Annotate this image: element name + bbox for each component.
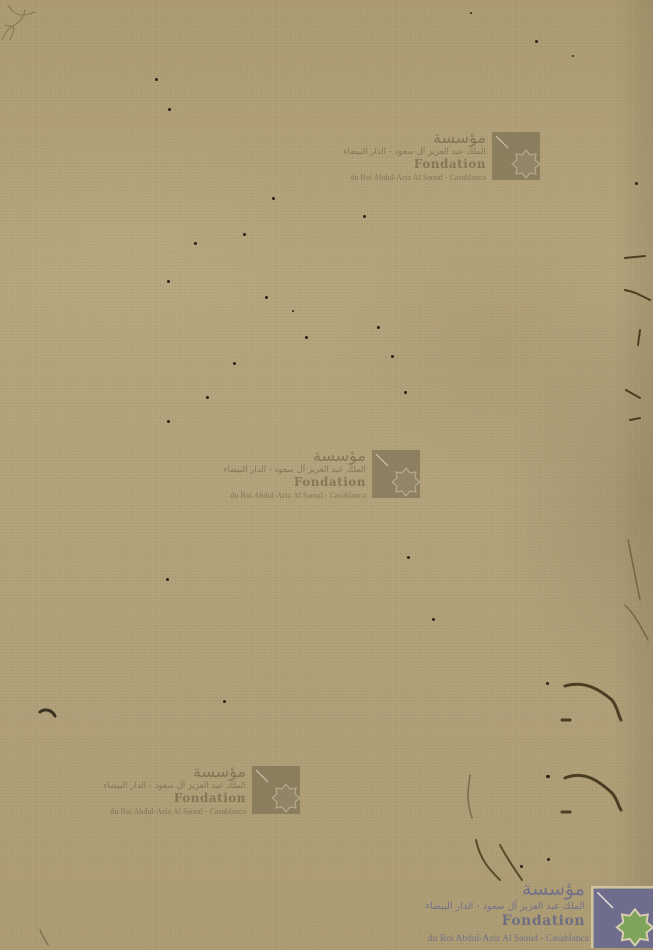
foundation-logo-star-icon bbox=[591, 884, 653, 950]
paper-speck bbox=[206, 396, 209, 399]
watermark-french-title: Fondation bbox=[174, 791, 246, 805]
paper-speck bbox=[432, 618, 435, 621]
paper-speck bbox=[272, 197, 275, 200]
paper-speck bbox=[223, 700, 226, 703]
scanned-page: مؤسسة الملك عبد العزيز آل سعود - الدار ا… bbox=[0, 0, 653, 950]
paper-speck bbox=[572, 55, 574, 57]
watermark-french-subtitle: du Roi Abdul-Aziz Al Saoud - Casablanca bbox=[428, 934, 589, 944]
watermark-french-title: Fondation bbox=[294, 475, 366, 489]
watermark-arabic-subtitle: الملك عبد العزيز آل سعود - الدار البيضاء bbox=[426, 902, 585, 912]
paper-speck bbox=[546, 682, 549, 685]
paper-speck bbox=[155, 78, 158, 81]
paper-speck bbox=[305, 336, 308, 339]
paper-speck bbox=[167, 280, 170, 283]
watermark-french-title: Fondation bbox=[414, 157, 486, 171]
paper-speck bbox=[520, 865, 523, 868]
paper-speck bbox=[265, 296, 268, 299]
paper-speck bbox=[194, 242, 197, 245]
watermark-bottom-right: مؤسسة الملك عبد العزيز آل سعود - الدار ا… bbox=[413, 880, 653, 950]
watermark-arabic-subtitle: الملك عبد العزيز آل سعود - الدار البيضاء bbox=[223, 465, 366, 475]
watermark-lower-left: مؤسسة الملك عبد العزيز آل سعود - الدار ا… bbox=[70, 764, 310, 822]
watermark-french-subtitle: du Roi Abdul-Aziz Al Saoud - Casablanca bbox=[230, 491, 366, 501]
watermark-french-subtitle: du Roi Abdul-Aziz Al Saoud - Casablanca bbox=[110, 807, 246, 817]
watermark-arabic-title: مؤسسة bbox=[193, 764, 246, 780]
foundation-logo-star-icon bbox=[252, 766, 300, 814]
foundation-logo-star-icon bbox=[372, 450, 420, 498]
page-edge-shadow bbox=[613, 0, 653, 950]
paper-speck bbox=[391, 355, 394, 358]
watermark-french-title: Fondation bbox=[502, 914, 585, 928]
paper-speck bbox=[470, 12, 472, 14]
watermark-arabic-subtitle: الملك عبد العزيز آل سعود - الدار البيضاء bbox=[343, 147, 486, 157]
paper-speck bbox=[166, 578, 169, 581]
paper-speck bbox=[547, 858, 550, 861]
paper-speck bbox=[363, 215, 366, 218]
paper-speck bbox=[377, 326, 380, 329]
watermark-french-subtitle: du Roi Abdul-Aziz Al Saoud - Casablanca bbox=[350, 173, 486, 183]
paper-speck bbox=[243, 233, 246, 236]
paper-speck bbox=[292, 310, 294, 312]
paper-speck bbox=[167, 420, 170, 423]
watermark-arabic-title: مؤسسة bbox=[522, 880, 585, 899]
paper-speck bbox=[407, 556, 410, 559]
watermark-middle: مؤسسة الملك عبد العزيز آل سعود - الدار ا… bbox=[190, 448, 430, 506]
watermark-arabic-title: مؤسسة bbox=[433, 130, 486, 146]
watermark-arabic-subtitle: الملك عبد العزيز آل سعود - الدار البيضاء bbox=[103, 781, 246, 791]
watermark-arabic-title: مؤسسة bbox=[313, 448, 366, 464]
foundation-logo-star-icon bbox=[492, 132, 540, 180]
paper-speck bbox=[404, 391, 407, 394]
paper-speck bbox=[547, 775, 550, 778]
paper-speck bbox=[535, 40, 538, 43]
paper-speck bbox=[168, 108, 171, 111]
paper-speck bbox=[635, 182, 638, 185]
paper-speck bbox=[233, 362, 236, 365]
watermark-top: مؤسسة الملك عبد العزيز آل سعود - الدار ا… bbox=[310, 130, 550, 188]
